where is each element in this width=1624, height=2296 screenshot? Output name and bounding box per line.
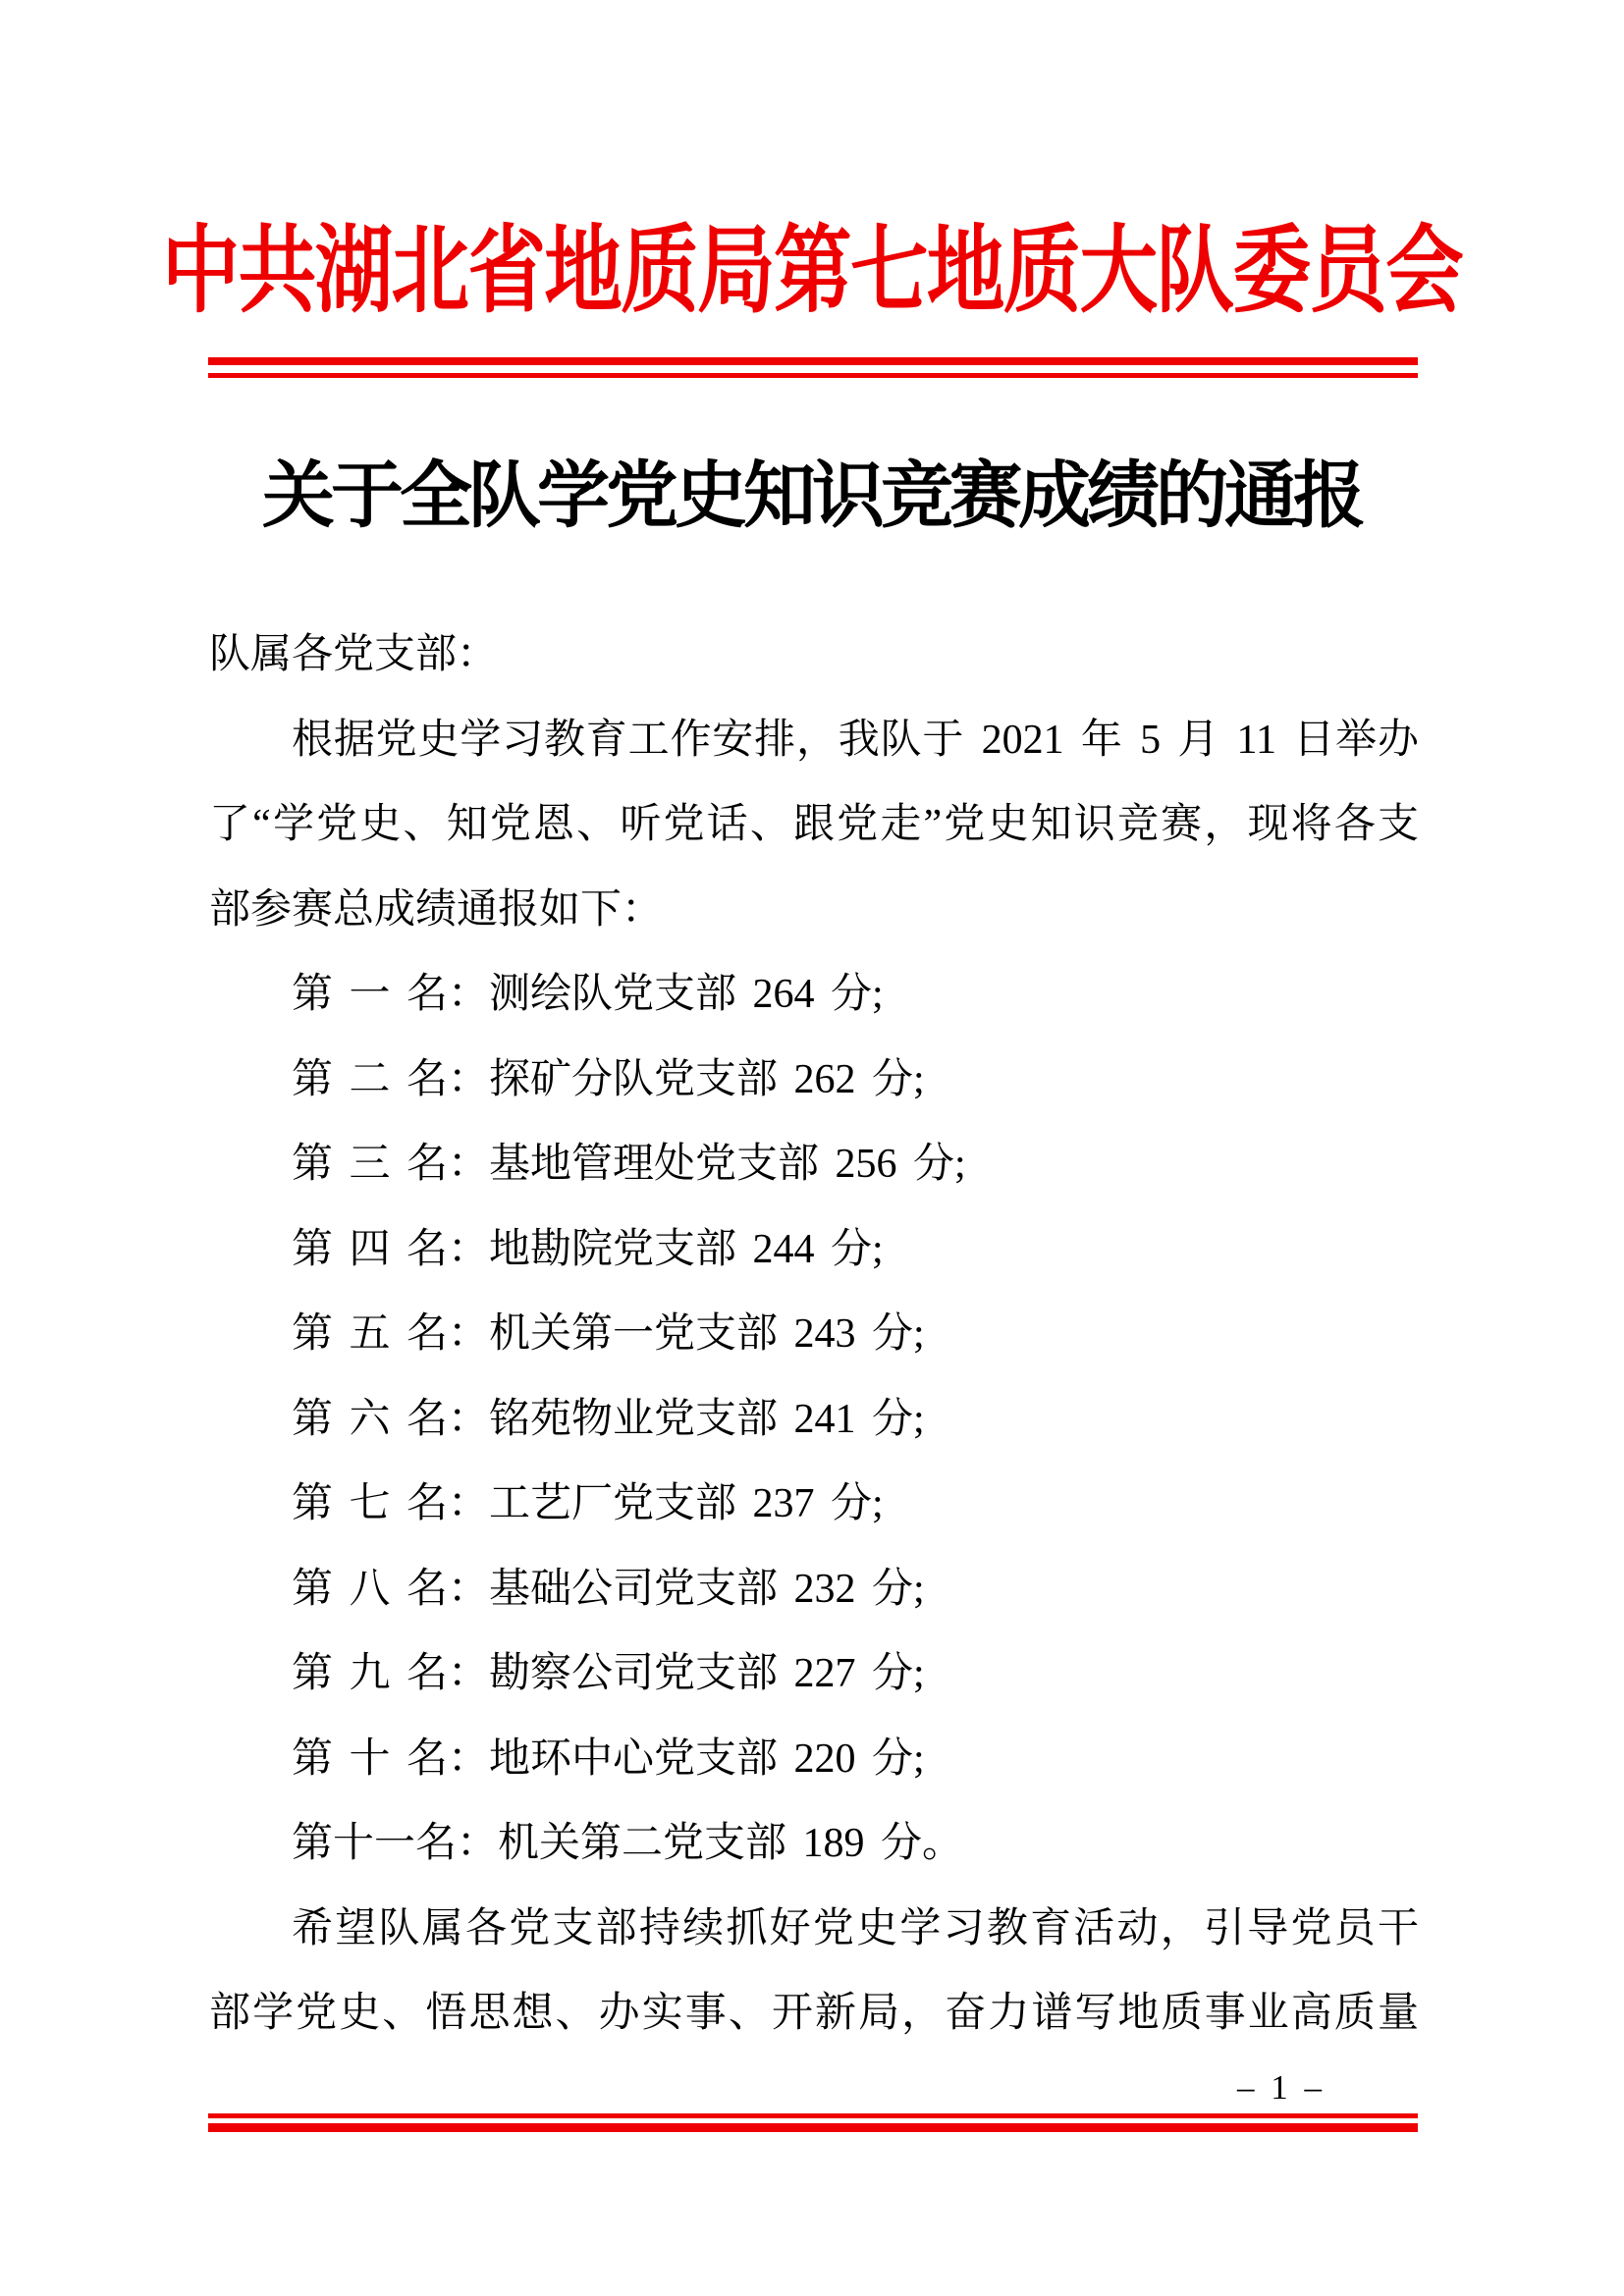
page-number: – 1 – xyxy=(1188,2067,1375,2109)
ranking-line-8: 第 八 名：基础公司党支部 232 分; xyxy=(209,1547,1419,1632)
ranking-line-4: 第 四 名：地勘院党支部 244 分; xyxy=(209,1207,1419,1293)
paragraph-line: 根据党史学习教育工作安排，我队于 2021 年 5 月 11 日举办 xyxy=(209,698,1419,783)
paragraph-line: 了“学党史、知党恩、听党话、跟党走”党史知识竞赛，现将各支 xyxy=(209,782,1419,868)
ranking-line-2: 第 二 名：探矿分队党支部 262 分; xyxy=(209,1038,1419,1123)
ranking-line-1: 第 一 名：测绘队党支部 264 分; xyxy=(209,952,1419,1038)
letterhead-org-name: 中共湖北省地质局第七地质大队委员会 xyxy=(146,218,1478,326)
ranking-line-9: 第 九 名：勘察公司党支部 227 分; xyxy=(209,1631,1419,1717)
ranking-line-11: 第十一名：机关第二党支部 189 分。 xyxy=(209,1801,1419,1887)
salutation-line: 队属各党支部： xyxy=(209,613,1419,698)
document-page: 中共湖北省地质局第七地质大队委员会 关于全队学党史知识竞赛成绩的通报 队属各党支… xyxy=(0,0,1624,2296)
paragraph-line: 希望队属各党支部持续抓好党史学习教育活动，引导党员干 xyxy=(209,1887,1419,1972)
letterhead-rule-thin xyxy=(208,373,1418,378)
paragraph-line: 部学党史、悟思想、办实事、开新局，奋力谱写地质事业高质量 xyxy=(209,1971,1419,2056)
document-title: 关于全队学党史知识竞赛成绩的通报 xyxy=(0,457,1624,536)
footer-rule-thick xyxy=(208,2123,1418,2132)
ranking-line-6: 第 六 名：铭苑物业党支部 241 分; xyxy=(209,1377,1419,1463)
ranking-line-5: 第 五 名：机关第一党支部 243 分; xyxy=(209,1292,1419,1377)
document-body: 队属各党支部： 根据党史学习教育工作安排，我队于 2021 年 5 月 11 日… xyxy=(209,613,1419,2056)
ranking-line-10: 第 十 名：地环中心党支部 220 分; xyxy=(209,1717,1419,1802)
paragraph-line: 部参赛总成绩通报如下： xyxy=(209,868,1419,953)
ranking-line-7: 第 七 名：工艺厂党支部 237 分; xyxy=(209,1462,1419,1547)
footer-rule-thin xyxy=(208,2113,1418,2118)
ranking-line-3: 第 三 名：基地管理处党支部 256 分; xyxy=(209,1122,1419,1207)
letterhead-rule-thick xyxy=(208,357,1418,365)
